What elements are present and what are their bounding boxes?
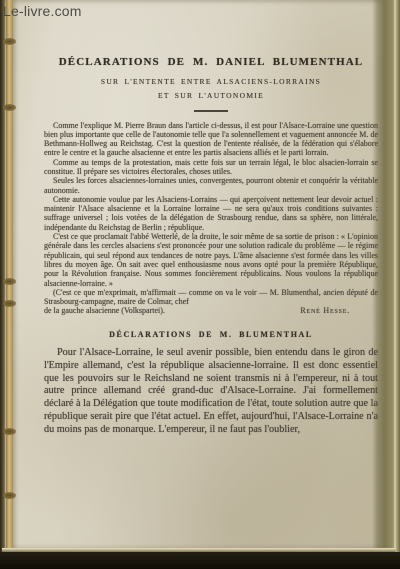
- document-subtitle-line2: ET SUR L'AUTONOMIE: [44, 91, 378, 100]
- section-heading: DÉCLARATIONS DE M. BLUMENTHAL: [44, 330, 378, 339]
- scanned-book-page: DÉCLARATIONS DE M. DANIEL BLUMENTHAL SUR…: [0, 0, 392, 552]
- page-content: DÉCLARATIONS DE M. DANIEL BLUMENTHAL SUR…: [44, 56, 378, 437]
- body-paragraph: Pour l'Alsace-Lorraine, le seul avenir p…: [44, 347, 378, 437]
- document-subtitle-line1: SUR L'ENTENTE ENTRE ALSACIENS-LORRAINS: [44, 77, 378, 86]
- document-title: DÉCLARATIONS DE M. DANIEL BLUMENTHAL: [44, 56, 378, 68]
- stitch-knot: [3, 492, 16, 499]
- fore-edge-highlight: [394, 0, 396, 569]
- intro-paragraph: Comme au temps de la protestation, mais …: [44, 158, 378, 177]
- intro-paragraph: C'est ce que proclamait l'abbé Wetterlé,…: [44, 232, 378, 288]
- author-signature: René Hesse.: [300, 306, 378, 315]
- closing-line-row: de la gauche alsacienne (Volkspartei). R…: [44, 306, 378, 315]
- intro-paragraph: Seules les forces alsaciennes-lorraines …: [44, 176, 378, 195]
- stitch-knot: [3, 38, 16, 45]
- seller-watermark: Le-livre.com: [3, 3, 82, 19]
- title-divider: [194, 110, 228, 112]
- introduction-section: Comme l'explique M. Pierre Braun dans l'…: [44, 121, 378, 316]
- stitch-knot: [3, 428, 16, 435]
- binding-stitch-cord: [6, 0, 13, 552]
- stitch-knot: [3, 300, 16, 307]
- scan-background-band: [0, 552, 400, 569]
- intro-paragraph: (C'est ce que m'exprimait, m'affirmait —…: [44, 288, 378, 307]
- stitch-knot: [3, 278, 16, 285]
- closing-line: de la gauche alsacienne (Volkspartei).: [44, 306, 165, 315]
- intro-paragraph: Comme l'explique M. Pierre Braun dans l'…: [44, 121, 378, 158]
- declaration-body: Pour l'Alsace-Lorraine, le seul avenir p…: [44, 347, 378, 437]
- stitch-knot: [3, 104, 16, 111]
- intro-paragraph: Cette autonomie voulue par les Alsaciens…: [44, 195, 378, 232]
